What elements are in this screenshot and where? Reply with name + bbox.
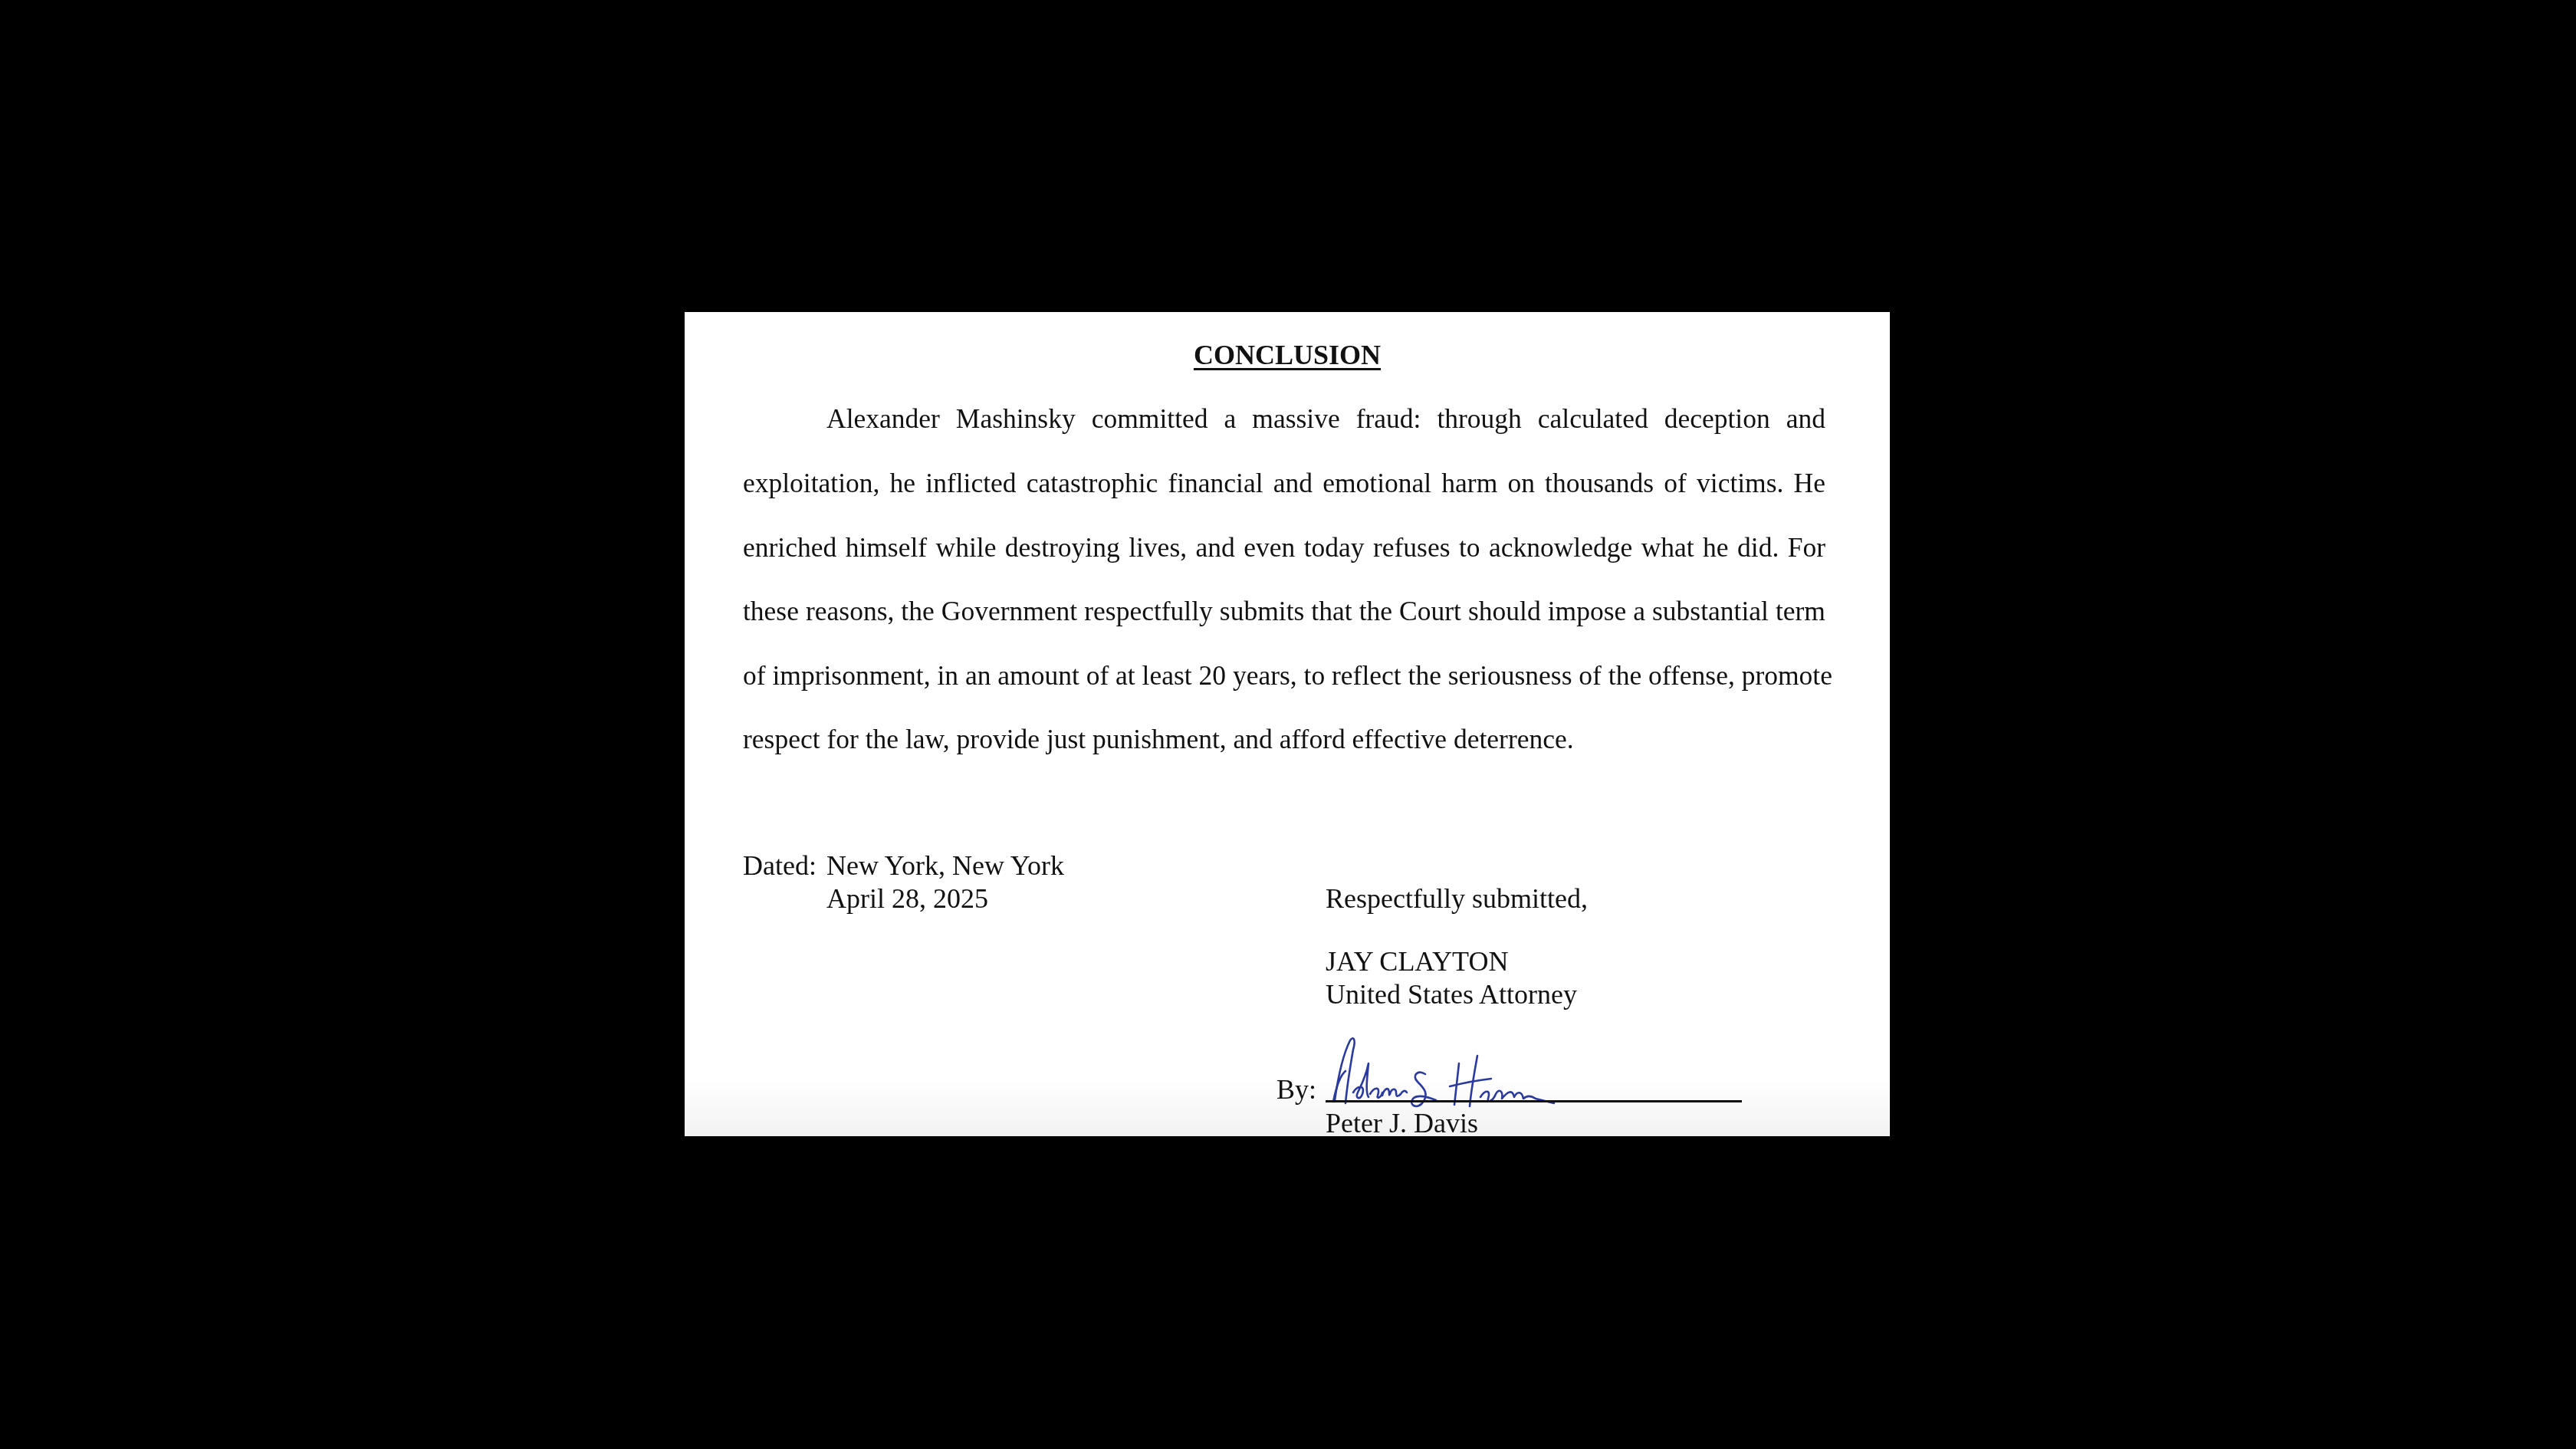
paragraph-line: respect for the law, provide just punish…	[743, 721, 1825, 757]
document-page: CONCLUSION Alexander Mashinsky committed…	[685, 312, 1890, 1136]
closing-text: Respectfully submitted,	[1326, 882, 1588, 915]
dated-date: April 28, 2025	[826, 882, 988, 915]
paragraph-line: exploitation, he inflicted catastrophic …	[743, 465, 1825, 501]
paragraph-line: Alexander Mashinsky committed a massive …	[826, 400, 1825, 437]
paragraph-line: these reasons, the Government respectful…	[743, 593, 1825, 629]
dated-place: New York, New York	[826, 849, 1064, 882]
by-label: By:	[1276, 1073, 1316, 1106]
page-title: CONCLUSION	[685, 337, 1890, 373]
paragraph-line: enriched himself while destroying lives,…	[743, 529, 1825, 566]
attorney-name: JAY CLAYTON	[1326, 945, 1508, 978]
signature-line	[1326, 1100, 1742, 1102]
signatory-name: Peter J. Davis	[1326, 1106, 1478, 1136]
attorney-title: United States Attorney	[1326, 978, 1577, 1011]
dated-label: Dated:	[743, 849, 816, 882]
signature-icon	[1327, 1033, 1557, 1109]
paragraph-line: of imprisonment, in an amount of at leas…	[743, 657, 1825, 694]
